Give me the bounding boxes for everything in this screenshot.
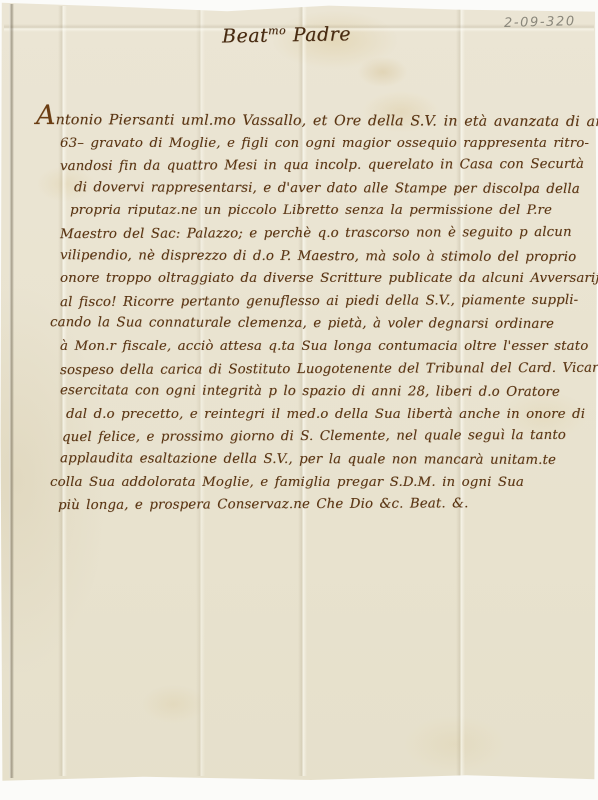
letter-line: esercitata con ogni integrità p lo spazi… [36,380,576,404]
letter-line: dal d.o precetto, e reintegri il med.o d… [36,404,576,427]
letter-line: applaudita esaltazione della S.V., per l… [36,448,576,472]
paper-edge-shadow [9,4,14,778]
letter-scan: 2-09-320 Beatmo Padre Antonio Piersanti … [0,0,598,800]
letter-line: 63– gravato di Moglie, e figli con ogni … [36,133,576,156]
letter-line: più longa, e prospera Conservaz.ne Che D… [36,493,576,518]
letter-line: vandosi fin da quattro Mesi in qua incol… [36,154,576,179]
letter-body: Antonio Piersanti uml.mo Vassallo, et Or… [36,106,576,517]
letter-line: propria riputaz.ne un piccolo Libretto s… [36,200,576,223]
letter-line: Antonio Piersanti uml.mo Vassallo, et Or… [36,105,576,133]
salutation-rest: Padre [286,23,351,46]
salutation: Beatmo Padre [222,23,351,48]
letter-line: quel felice, e prossimo giorno di S. Cle… [36,425,576,450]
catalog-number: 2-09-320 [504,14,576,31]
salutation-prefix: Beat [222,25,269,48]
letter-line: colla Sua addolorata Moglie, e famiglia … [36,472,576,495]
letter-line: vilipendio, nè disprezzo di d.o P. Maest… [36,245,576,269]
letter-line: onore troppo oltraggiato da diverse Scri… [36,268,576,291]
letter-line: al fisco! Ricorre pertanto genuflesso ai… [36,290,576,315]
letter-line: di dovervi rappresentarsi, e d'aver dato… [36,177,576,201]
salutation-superscript: mo [268,24,286,37]
letter-line: sospeso della carica di Sostituto Luogot… [36,357,576,382]
letter-line: à Mon.r fiscale, acciò attesa q.ta Sua l… [36,336,576,359]
letter-line: Maestro del Sac: Palazzo; e perchè q.o t… [36,222,576,247]
letter-line: cando la Sua connaturale clemenza, e pie… [36,312,576,336]
